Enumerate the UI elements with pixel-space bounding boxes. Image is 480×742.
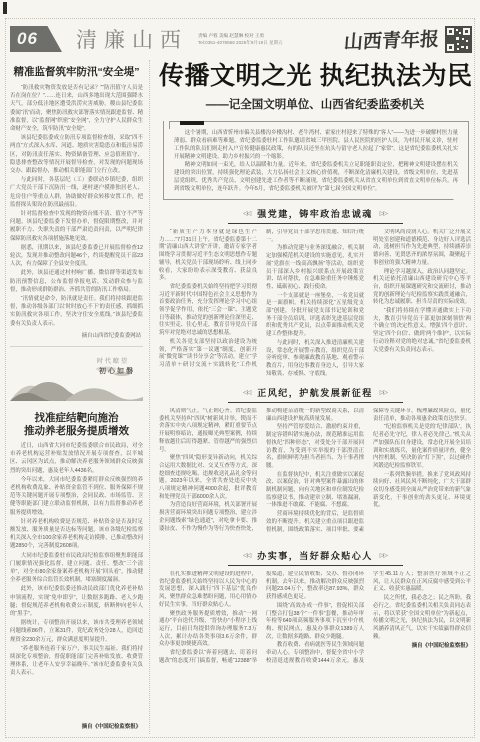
section-rule — [228, 223, 403, 224]
paragraph: 一系列铁腕举措，换来了党风政风持续向好、社风民风不断纯化，广大干部群众切身感受到… — [373, 472, 471, 511]
paragraph: 文明风尚浸润人心。机关广泛开展文明处室创建和道德模范、身边好人评选活动，选树担当… — [373, 229, 471, 268]
paragraph: 近日，山西省大同市纪委监委联合市民政局，对全市养老机构运营补贴发放情况开展专项督… — [10, 442, 143, 475]
paragraph: 民之所忧，我必念之；民之所盼，我必行之。省纪委监委机关相关负责同志表示，将以荣获… — [373, 595, 471, 641]
paragraph: 今年以来，大同市纪委监委紧盯群众反映强烈的养老机构收费乱象、补贴资金监管不到位、… — [10, 476, 143, 517]
intro-box: 这个暑期，山西省忻州市偏关县楼沟乡楼沟村、老牛湾村、霍家庄村迎来了特殊的“客人”… — [163, 121, 469, 200]
title-line2: 推动养老服务提质增效 — [24, 425, 129, 437]
paragraph: “养老服务连着千家万户，事关民生福祉。我们将持续深化专项整治，督促职能部门完善补… — [10, 645, 143, 678]
paragraph: 坚持严管厚爱结合、激励约束并重，制定容错纠错实施办法，规范精准运用监督执纪“四种… — [266, 424, 364, 470]
section-title: 正风纪，护航发展新征程 — [257, 386, 373, 399]
paragraph: 该县纪委监委成立防汛专项监督检查组，采取“四不两直”方式深入水库、河道、地质灾害… — [10, 134, 143, 175]
paragraph: 与此同时，机关深入推进清廉机关建设，常态化开展警示教育，组织党员干部旁听庭审、参… — [266, 340, 364, 379]
section-header: ◁◁ 强党建，铸牢政治忠诚魂 ▷▷ — [159, 207, 471, 220]
sidebar-article2-body: 近日，山西省大同市纪委监委联合市民政局，对全市养老机构运营补贴发放情况开展专项督… — [10, 442, 143, 720]
feature-box: 时代瞭望 初心如磐 — [10, 346, 143, 403]
left-column: 精准监督筑牢防汛“安全堤” “防汛救灾物资发放是否有记录？”“防汛值守人员是否在… — [10, 60, 150, 734]
left-arrows-icon: ◁◁ — [243, 210, 250, 217]
paragraph: 大同市纪委监委驻市民政局纪检监察组聚焦职能部门履职情况强化监督，建立问题、责任、… — [10, 552, 143, 585]
paragraph: 与此同时，各基层纪（工）委联动乡镇纪委，组织广大党员干部下沉防汛一线，逐村逐户摸… — [10, 176, 143, 209]
masthead-title: 山西青年报 — [343, 24, 440, 54]
section-rule — [228, 565, 403, 566]
paragraph: “纪检监察机关是党的‘纪律部队’，执纪者必先守纪，律人者必先律己。”机关从严加强… — [373, 424, 471, 470]
main-article-source: 摘自《中国纪检监察报》 — [373, 643, 471, 651]
main-headline: 传播文明之光 执纪执法为民 — [159, 61, 471, 91]
paragraph: 聚焦“四风”隐形变异新动向，机关综合运用大数据比对、交叉互查等方式，深挖细查违规… — [159, 455, 257, 501]
section-work-style: ◁◁ 正风纪，护航发展新征程 ▷▷ 风清则气正，气正则心齐。省纪委监委机关坚持纠… — [159, 386, 471, 542]
section-title: 强党建，铸牢政治忠诚魂 — [257, 207, 373, 220]
article2-source: 摘自《中国纪检监察报》 — [10, 722, 141, 730]
right-arrows-icon: ▷▷ — [380, 389, 387, 396]
paragraph: 理论学习越深入，政治认同越坚定。机关还依托清廉山西建设研究中心等平台，组织开展课… — [373, 269, 471, 308]
page-header: 06 清廉山西 责编 卢蓉 美编 赵慧琳 校对 王勇 Tel:0351-4078… — [10, 23, 472, 55]
paragraph: 在扎实推进精神文明建设的进程中，省纪委监委机关始终坚持以人民为中心的发展思想，深… — [159, 571, 257, 610]
paragraph: 在监督执纪中，机关注重做实以案促改、以案促治，针对典型案件暴露出的体制机制问题，… — [266, 472, 364, 511]
paragraph: 聚焦政务服务提质增效，推动“一网通办”平台迭代升级，“晋快办”小程序上线运行，目… — [159, 611, 257, 650]
qr-code-icon — [445, 26, 472, 53]
paragraph: 为推动党建与业务深度融合，机关制定加强模范机关建设的实施意见，扎实开展“党旗在一… — [266, 245, 364, 291]
section-party-building: ◁◁ 强党建，铸牢政治忠诚魂 ▷▷ “新质生产力本身就是绿色生产力……”7月31… — [159, 207, 471, 379]
sidebar-article2-title: 找准症结靶向施治 推动养老服务提质增效 — [10, 412, 143, 438]
left-arrows-icon: ◁◁ — [243, 389, 250, 396]
left-arrows-icon: ◁◁ — [243, 552, 250, 559]
main-article: 传播文明之光 执纪执法为民 ——记全国文明单位、山西省纪委监委机关 这个暑期，山… — [150, 60, 471, 734]
paragraph: 一个支部就是一座堡垒，一名党员就是一面旗帜。机关持续深化“五星级党支部”创建，分… — [266, 293, 364, 339]
page-number: 06 — [17, 29, 38, 49]
paragraph: 针对养老机构收费是否规范、补贴资金是否及时足额发放、服务质量是否达标等问题，该市… — [10, 518, 143, 551]
paragraph: 此外，该县还通过村村响广播、微信群等渠道发布防汛预警信息，公布监督举报电话，发动… — [10, 269, 143, 294]
paragraph: 针对监督检查中发现的物资台账不清、值守不严等问题，该县纪委监委下发督办单，督促限… — [10, 210, 143, 243]
staff-line: 责编 卢蓉 美编 赵慧琳 校对 王勇 — [198, 32, 283, 39]
paragraph: 据悉，汛期以来，该县纪委监委已开展监督检查12轮次，发现并推动整改问题46个，约… — [10, 244, 143, 269]
intro-text: 这个暑期，山西省忻州市偏关县楼沟乡楼沟村、老牛湾村、霍家庄村迎来了特殊的“客人”… — [174, 129, 458, 193]
page-number-box: 06 — [10, 26, 62, 52]
paragraph: 省纪委监委机关始终坚持把学习贯彻习近平新时代中国特色社会主义思想作为首要政治任务… — [159, 284, 257, 338]
edition-meta: 责编 卢蓉 美编 赵慧琳 校对 王勇 Tel:0351-4078666 2025… — [198, 32, 283, 46]
section-body: 风清则气正，气正则心齐。省纪委监委机关坚持纠“四风”树新风并举，锲而不舍落实中央… — [159, 408, 471, 542]
paragraph: 精神文明如同一束光，给人以温暖和力量。近年来，省纪委监委机关立足职能职责定位，把… — [174, 161, 458, 193]
main-subhead: ——记全国文明单位、山西省纪委监委机关 — [159, 96, 471, 112]
paragraph: “汛情就是命令，防汛就是责任。我们将持续跟进监督，推动各级各部门以‘时时放心不下… — [10, 295, 143, 328]
intro-box-tab — [180, 120, 204, 125]
section-title: 办实事，当好群众贴心人 — [257, 549, 373, 562]
section-header: ◁◁ 正风纪，护航发展新征程 ▷▷ — [159, 386, 471, 399]
paragraph: “我们将持续在学懂弄通做实上下功夫，教育引导党员干部更加深刻领悟‘两个确立’的决… — [373, 308, 471, 354]
sidebar-article1-title: 精准监督筑牢防汛“安全堤” — [10, 66, 143, 79]
paragraph: 此外，该市纪委监委还推动民政部门优化养老补贴申领流程，实现“免申即享”，让数据多… — [10, 585, 143, 618]
section-title: 清廉山西 — [76, 24, 188, 54]
feature-box-kicker: 时代瞭望 — [97, 356, 129, 365]
page-content: 精准监督筑牢防汛“安全堤” “防汛救灾物资发放是否有记录？”“防汛值守人员是否在… — [10, 60, 471, 734]
paragraph: “防汛救灾物资发放是否有记录？”“防汛值守人员是否在岗在位？”……连日来，山西多… — [10, 84, 143, 133]
title-line1: 找准症结靶向施治 — [35, 412, 119, 424]
section-body: “新质生产力本身就是绿色生产力……”7月31日上午，省纪委监委第十二期“清廉山西… — [159, 229, 471, 379]
paragraph: “新质生产力本身就是绿色生产力……”7月31日上午，省纪委监委第十二期“清廉山西… — [159, 229, 257, 283]
section-body: 在扎实推进精神文明建设的进程中，省纪委监委机关始终坚持以人民为中心的发展思想，深… — [159, 571, 471, 687]
section-rule — [228, 402, 403, 403]
paragraph: 据统计，专项整治开展以来，该市共受理养老领域问题线索86件，立案31件，党纪政务… — [10, 619, 143, 644]
paragraph: 这个暑期，山西省忻州市偏关县楼沟乡楼沟村、老牛湾村、霍家庄村迎来了特殊的“客人”… — [174, 129, 458, 161]
paragraph: 围绕“高效办成一件事”，督促相关部门整合打包38个“一件事”套餐，推动年审年检等… — [266, 603, 364, 642]
sidebar-article1-body: “防汛救灾物资发放是否有记录？”“防汛值守人员是否在岗在位？”……连日来，山西多… — [10, 84, 143, 329]
paragraph: 风清则气正，气正则心齐。省纪委监委机关坚持纠“四风”树新风并举，锲而不舍落实中央… — [159, 408, 257, 454]
date-line: Tel:0351-4078666 2025年9月19日 星期五 — [198, 39, 283, 46]
intro-box-tick — [164, 120, 170, 129]
section-header: ◁◁ 办实事，当好群众贴心人 ▷▷ — [159, 549, 471, 562]
registration-mark — [3, 2, 7, 14]
newspaper-page: 06 清廉山西 责编 卢蓉 美编 赵慧琳 校对 王勇 Tel:0351-4078… — [0, 0, 480, 742]
feature-box-motto: 初心如磐 — [99, 366, 135, 376]
right-arrows-icon: ▷▷ — [380, 552, 387, 559]
article1-source: 摘自山西省纪委监委网站 — [10, 331, 141, 339]
right-arrows-icon: ▷▷ — [380, 210, 387, 217]
section-serve-people: ◁◁ 办实事，当好群众贴心人 ▷▷ 在扎实推进精神文明建设的进程中，省纪委监委机… — [159, 549, 471, 687]
